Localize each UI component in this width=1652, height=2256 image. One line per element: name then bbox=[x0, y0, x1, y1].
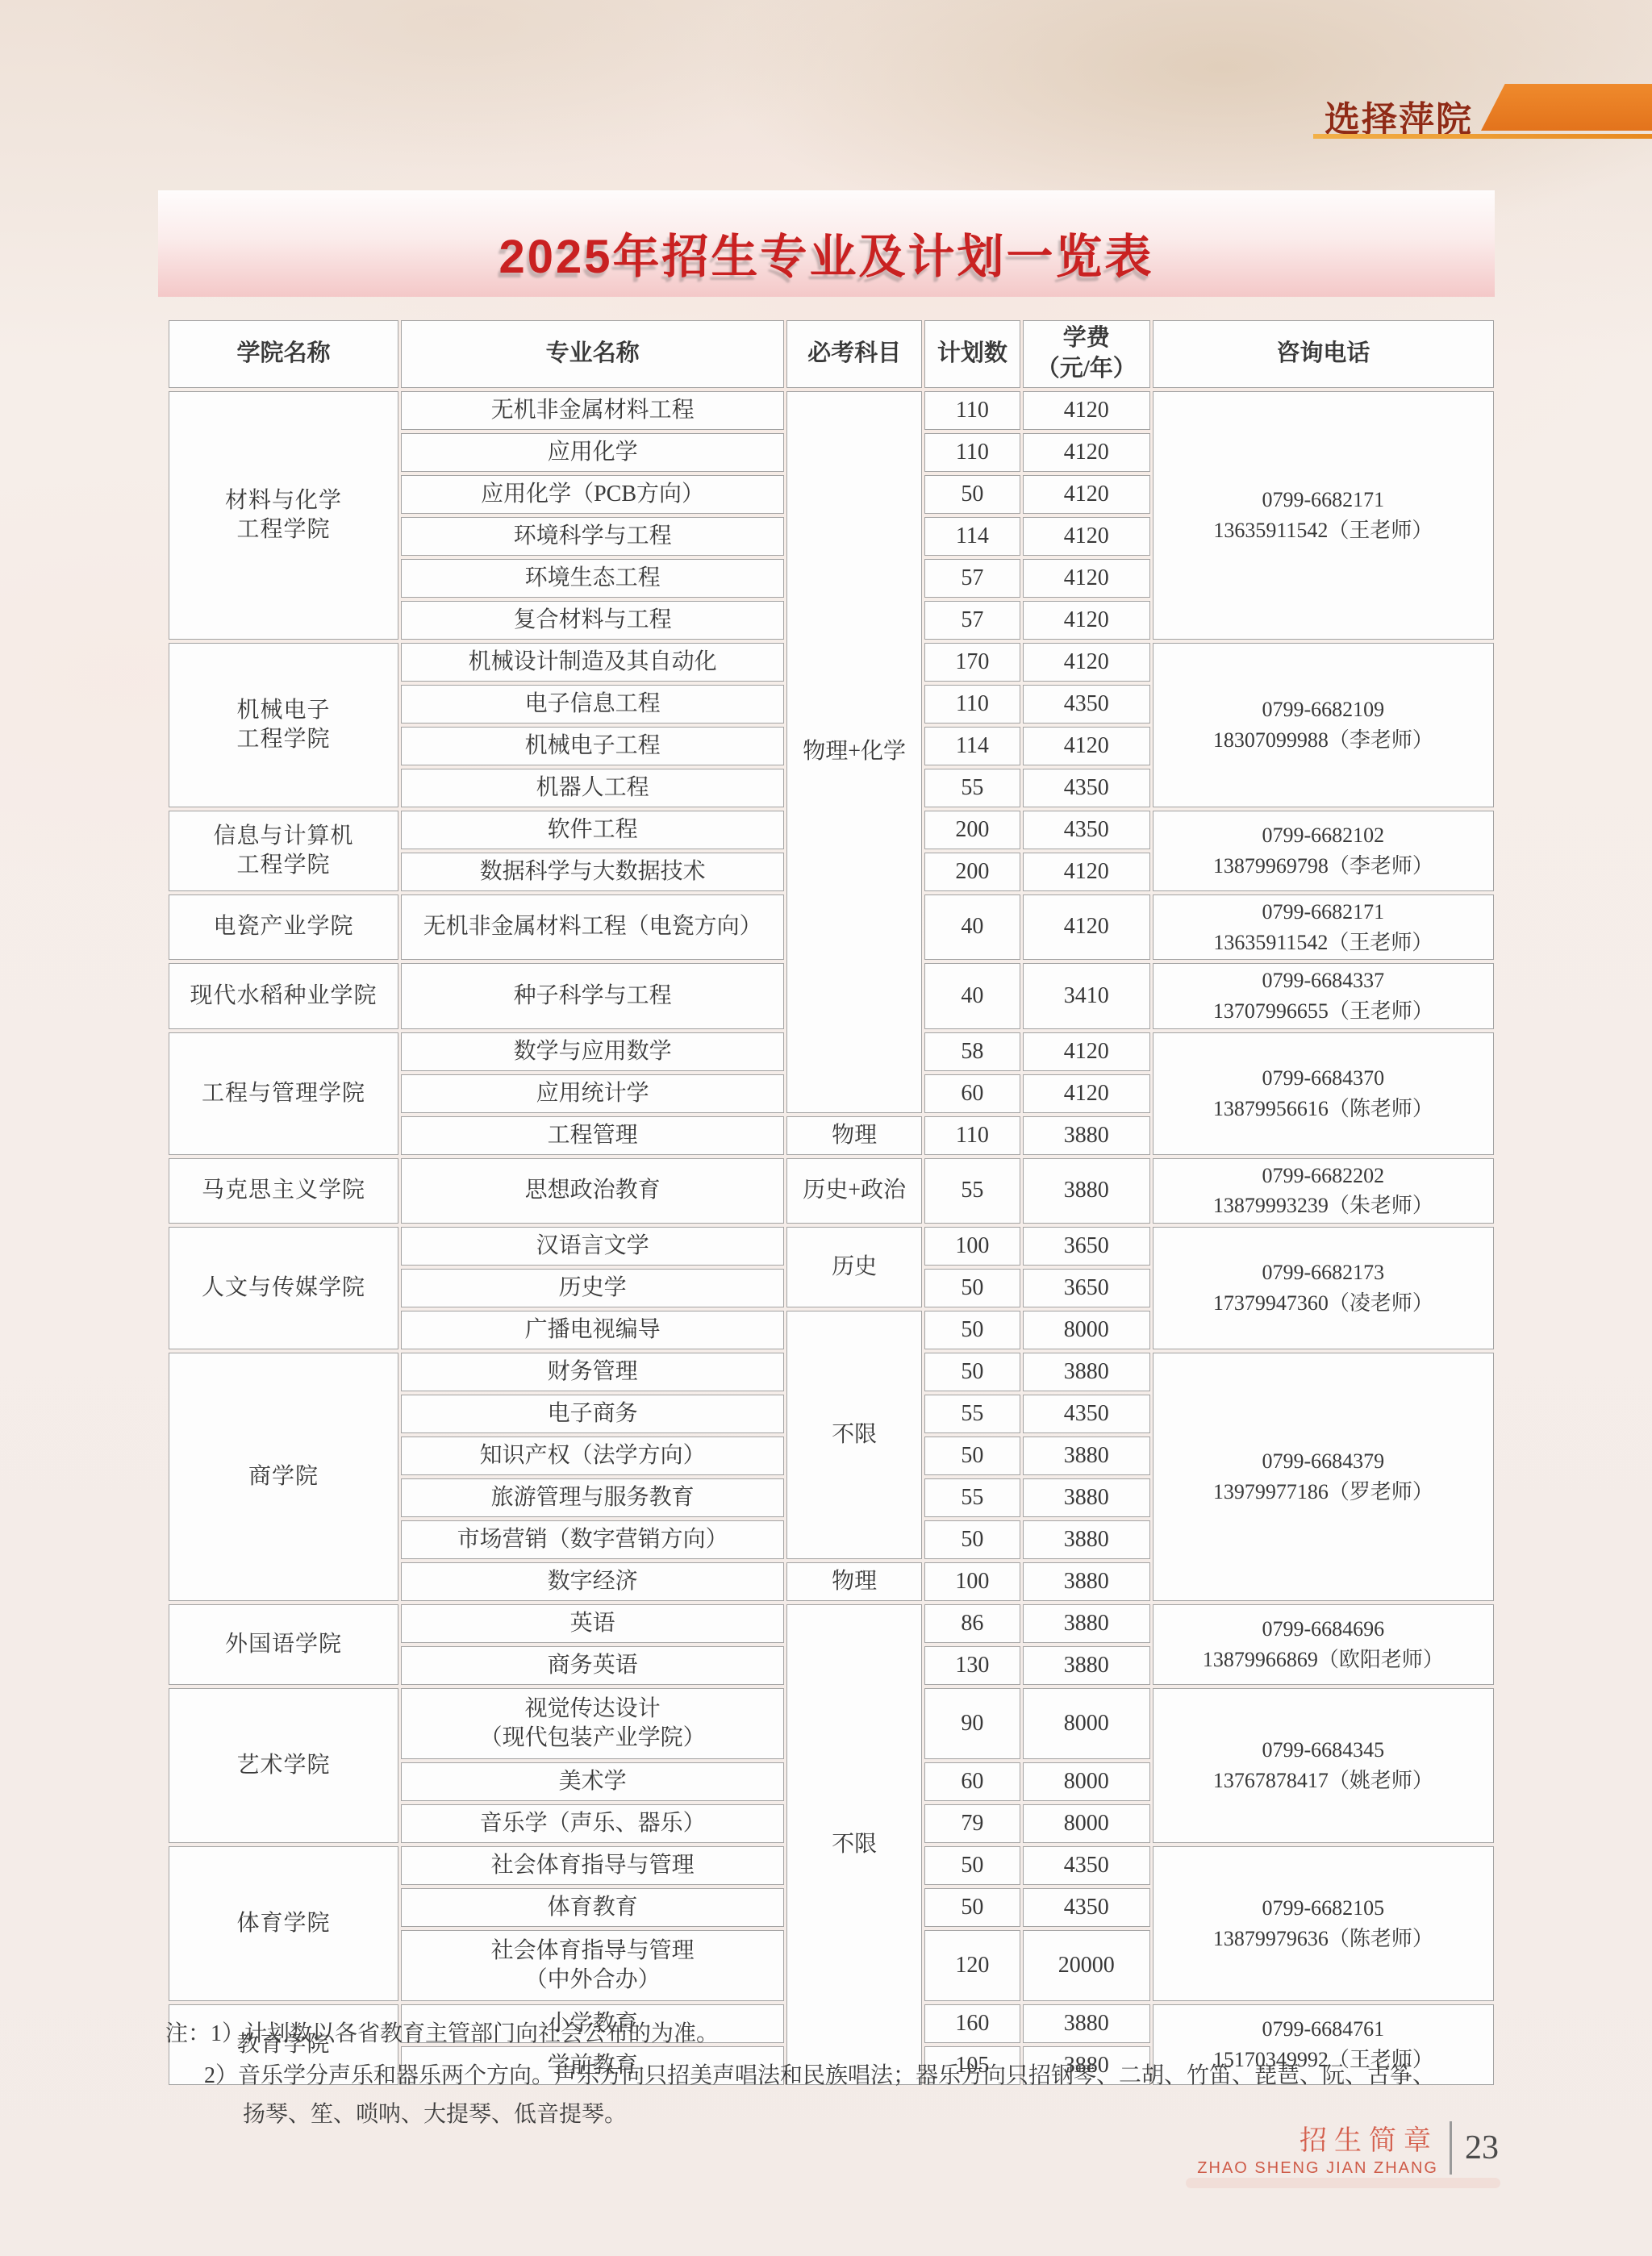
footer-brand: 招生简章 ZHAO SHENG JIAN ZHANG bbox=[1197, 2118, 1438, 2178]
phone-cell: 0799-6682171 13635911542（王老师） bbox=[1153, 894, 1494, 960]
plan-count-cell: 170 bbox=[924, 643, 1020, 682]
plan-count-cell: 55 bbox=[924, 769, 1020, 807]
plan-count-cell: 114 bbox=[924, 517, 1020, 556]
page-footer: 招生简章 ZHAO SHENG JIAN ZHANG 23 bbox=[1197, 2118, 1499, 2178]
fee-cell: 3880 bbox=[1023, 1437, 1150, 1475]
major-cell: 数据科学与大数据技术 bbox=[401, 853, 784, 891]
page-title: 2025年招生专业及计划一览表 bbox=[499, 201, 1153, 286]
fee-cell: 4120 bbox=[1023, 1032, 1150, 1071]
phone-cell: 0799-6684370 13879956616（陈老师） bbox=[1153, 1032, 1494, 1155]
fee-cell: 4120 bbox=[1023, 391, 1150, 430]
plan-table: 学院名称 专业名称 必考科目 计划数 学费 （元/年） 咨询电话 材料与化学 工… bbox=[166, 317, 1496, 2088]
major-cell: 美术学 bbox=[401, 1762, 784, 1801]
fee-cell: 4120 bbox=[1023, 853, 1150, 891]
major-cell: 数字经济 bbox=[401, 1562, 784, 1601]
major-cell: 旅游管理与服务教育 bbox=[401, 1478, 784, 1517]
fee-cell: 4120 bbox=[1023, 601, 1150, 640]
fee-cell: 4120 bbox=[1023, 1074, 1150, 1113]
phone-cell: 0799-6684337 13707996655（王老师） bbox=[1153, 963, 1494, 1028]
header-college: 学院名称 bbox=[169, 320, 398, 388]
subject-cell: 历史 bbox=[786, 1227, 922, 1307]
fee-cell: 8000 bbox=[1023, 1688, 1150, 1759]
college-cell: 马克思主义学院 bbox=[169, 1158, 398, 1224]
major-cell: 环境科学与工程 bbox=[401, 517, 784, 556]
major-cell: 思想政治教育 bbox=[401, 1158, 784, 1224]
fee-cell: 4120 bbox=[1023, 559, 1150, 598]
fee-cell: 8000 bbox=[1023, 1804, 1150, 1843]
major-cell: 体育教育 bbox=[401, 1888, 784, 1927]
plan-count-cell: 200 bbox=[924, 853, 1020, 891]
major-cell: 机械设计制造及其自动化 bbox=[401, 643, 784, 682]
major-cell: 软件工程 bbox=[401, 811, 784, 849]
plan-count-cell: 110 bbox=[924, 1116, 1020, 1155]
plan-count-cell: 100 bbox=[924, 1227, 1020, 1266]
plan-count-cell: 100 bbox=[924, 1562, 1020, 1601]
major-cell: 应用统计学 bbox=[401, 1074, 784, 1113]
fee-cell: 4350 bbox=[1023, 769, 1150, 807]
major-cell: 种子科学与工程 bbox=[401, 963, 784, 1028]
plan-count-cell: 130 bbox=[924, 1646, 1020, 1685]
major-cell: 环境生态工程 bbox=[401, 559, 784, 598]
title-banner: 2025年招生专业及计划一览表 bbox=[158, 190, 1495, 297]
plan-count-cell: 40 bbox=[924, 894, 1020, 960]
college-cell: 信息与计算机 工程学院 bbox=[169, 811, 398, 891]
fee-cell: 4120 bbox=[1023, 433, 1150, 472]
fee-cell: 8000 bbox=[1023, 1311, 1150, 1349]
subject-cell: 物理 bbox=[786, 1562, 922, 1601]
header-major: 专业名称 bbox=[401, 320, 784, 388]
plan-count-cell: 50 bbox=[924, 1888, 1020, 1927]
phone-cell: 0799-6682202 13879993239（朱老师） bbox=[1153, 1158, 1494, 1224]
fee-cell: 3650 bbox=[1023, 1269, 1150, 1307]
plan-count-cell: 110 bbox=[924, 433, 1020, 472]
fee-cell: 4120 bbox=[1023, 894, 1150, 960]
major-cell: 商务英语 bbox=[401, 1646, 784, 1685]
college-cell: 现代水稻种业学院 bbox=[169, 963, 398, 1028]
table-row: 马克思主义学院思想政治教育历史+政治5538800799-6682202 138… bbox=[169, 1158, 1494, 1224]
fee-cell: 4350 bbox=[1023, 1395, 1150, 1433]
major-cell: 财务管理 bbox=[401, 1353, 784, 1391]
enrollment-plan-table: 学院名称 专业名称 必考科目 计划数 学费 （元/年） 咨询电话 材料与化学 工… bbox=[166, 317, 1496, 2088]
table-row: 外国语学院英语不限8638800799-6684696 13879966869（… bbox=[169, 1604, 1494, 1643]
college-cell: 体育学院 bbox=[169, 1846, 398, 2001]
subject-cell: 不限 bbox=[786, 1604, 922, 2085]
fee-cell: 4120 bbox=[1023, 475, 1150, 514]
major-cell: 工程管理 bbox=[401, 1116, 784, 1155]
major-cell: 音乐学（声乐、器乐） bbox=[401, 1804, 784, 1843]
fee-cell: 3880 bbox=[1023, 1353, 1150, 1391]
fee-cell: 3650 bbox=[1023, 1227, 1150, 1266]
plan-count-cell: 120 bbox=[924, 1930, 1020, 2001]
fee-cell: 3880 bbox=[1023, 1158, 1150, 1224]
table-row: 人文与传媒学院汉语言文学历史10036500799-6682173 173799… bbox=[169, 1227, 1494, 1266]
header-subjects: 必考科目 bbox=[786, 320, 922, 388]
plan-count-cell: 60 bbox=[924, 1074, 1020, 1113]
plan-count-cell: 50 bbox=[924, 1353, 1020, 1391]
table-header-row: 学院名称 专业名称 必考科目 计划数 学费 （元/年） 咨询电话 bbox=[169, 320, 1494, 388]
major-cell: 机械电子工程 bbox=[401, 727, 784, 765]
fee-cell: 3880 bbox=[1023, 1562, 1150, 1601]
header-phone: 咨询电话 bbox=[1153, 320, 1494, 388]
fee-cell: 4350 bbox=[1023, 1846, 1150, 1885]
plan-count-cell: 50 bbox=[924, 1311, 1020, 1349]
plan-count-cell: 40 bbox=[924, 963, 1020, 1028]
major-cell: 复合材料与工程 bbox=[401, 601, 784, 640]
plan-count-cell: 114 bbox=[924, 727, 1020, 765]
plan-count-cell: 50 bbox=[924, 475, 1020, 514]
corner-underline bbox=[1313, 134, 1652, 139]
fee-cell: 4350 bbox=[1023, 1888, 1150, 1927]
plan-count-cell: 86 bbox=[924, 1604, 1020, 1643]
fee-cell: 4120 bbox=[1023, 643, 1150, 682]
fee-cell: 3880 bbox=[1023, 1604, 1150, 1643]
fee-cell: 3410 bbox=[1023, 963, 1150, 1028]
header-plan-count: 计划数 bbox=[924, 320, 1020, 388]
fee-cell: 3880 bbox=[1023, 1116, 1150, 1155]
phone-cell: 0799-6682171 13635911542（王老师） bbox=[1153, 391, 1494, 640]
page-number: 23 bbox=[1465, 2129, 1499, 2167]
major-cell: 广播电视编导 bbox=[401, 1311, 784, 1349]
fee-cell: 3880 bbox=[1023, 1478, 1150, 1517]
phone-cell: 0799-6684696 13879966869（欧阳老师） bbox=[1153, 1604, 1494, 1685]
phone-cell: 0799-6682109 18307099988（李老师） bbox=[1153, 643, 1494, 807]
college-cell: 商学院 bbox=[169, 1353, 398, 1601]
college-cell: 电瓷产业学院 bbox=[169, 894, 398, 960]
major-cell: 知识产权（法学方向） bbox=[401, 1437, 784, 1475]
major-cell: 历史学 bbox=[401, 1269, 784, 1307]
fee-cell: 3880 bbox=[1023, 1520, 1150, 1559]
plan-count-cell: 200 bbox=[924, 811, 1020, 849]
major-cell: 应用化学（PCB方向） bbox=[401, 475, 784, 514]
fee-cell: 20000 bbox=[1023, 1930, 1150, 2001]
phone-cell: 0799-6682105 13879979636（陈老师） bbox=[1153, 1846, 1494, 2001]
fee-cell: 8000 bbox=[1023, 1762, 1150, 1801]
footer-brand-pinyin: ZHAO SHENG JIAN ZHANG bbox=[1197, 2159, 1438, 2178]
corner-banner-shape bbox=[1481, 84, 1652, 131]
college-cell: 材料与化学 工程学院 bbox=[169, 391, 398, 640]
plan-count-cell: 79 bbox=[924, 1804, 1020, 1843]
plan-count-cell: 57 bbox=[924, 601, 1020, 640]
note-line-1: 注：1）计划数以各省教育主管部门向社会公布的为准。 bbox=[165, 2015, 1537, 2054]
table-row: 材料与化学 工程学院无机非金属材料工程物理+化学11041200799-6682… bbox=[169, 391, 1494, 430]
notes: 注：1）计划数以各省教育主管部门向社会公布的为准。 2）音乐学分声乐和器乐两个方… bbox=[165, 2015, 1537, 2134]
plan-count-cell: 60 bbox=[924, 1762, 1020, 1801]
major-cell: 无机非金属材料工程 bbox=[401, 391, 784, 430]
major-cell: 无机非金属材料工程（电瓷方向） bbox=[401, 894, 784, 960]
plan-count-cell: 50 bbox=[924, 1520, 1020, 1559]
header-tuition: 学费 （元/年） bbox=[1023, 320, 1150, 388]
major-cell: 市场营销（数字营销方向） bbox=[401, 1520, 784, 1559]
plan-count-cell: 58 bbox=[924, 1032, 1020, 1071]
college-cell: 艺术学院 bbox=[169, 1688, 398, 1843]
phone-cell: 0799-6682102 13879969798（李老师） bbox=[1153, 811, 1494, 891]
fee-cell: 4350 bbox=[1023, 811, 1150, 849]
major-cell: 电子信息工程 bbox=[401, 685, 784, 724]
phone-cell: 0799-6684379 13979977186（罗老师） bbox=[1153, 1353, 1494, 1601]
college-cell: 外国语学院 bbox=[169, 1604, 398, 1685]
plan-table-body: 材料与化学 工程学院无机非金属材料工程物理+化学11041200799-6682… bbox=[169, 391, 1494, 2085]
plan-count-cell: 50 bbox=[924, 1269, 1020, 1307]
subject-cell: 历史+政治 bbox=[786, 1158, 922, 1224]
plan-count-cell: 55 bbox=[924, 1478, 1020, 1517]
plan-count-cell: 110 bbox=[924, 685, 1020, 724]
major-cell: 应用化学 bbox=[401, 433, 784, 472]
plan-count-cell: 50 bbox=[924, 1846, 1020, 1885]
fee-cell: 4120 bbox=[1023, 517, 1150, 556]
fee-cell: 3880 bbox=[1023, 1646, 1150, 1685]
major-cell: 社会体育指导与管理 bbox=[401, 1846, 784, 1885]
college-cell: 机械电子 工程学院 bbox=[169, 643, 398, 807]
subject-cell: 物理+化学 bbox=[786, 391, 922, 1113]
major-cell: 汉语言文学 bbox=[401, 1227, 784, 1266]
major-cell: 数学与应用数学 bbox=[401, 1032, 784, 1071]
plan-count-cell: 110 bbox=[924, 391, 1020, 430]
subject-cell: 不限 bbox=[786, 1311, 922, 1559]
plan-count-cell: 50 bbox=[924, 1437, 1020, 1475]
phone-cell: 0799-6684345 13767878417（姚老师） bbox=[1153, 1688, 1494, 1843]
major-cell: 视觉传达设计 （现代包装产业学院） bbox=[401, 1688, 784, 1759]
footer-divider bbox=[1450, 2121, 1452, 2175]
college-cell: 人文与传媒学院 bbox=[169, 1227, 398, 1349]
college-cell: 工程与管理学院 bbox=[169, 1032, 398, 1155]
major-cell: 电子商务 bbox=[401, 1395, 784, 1433]
plan-count-cell: 57 bbox=[924, 559, 1020, 598]
major-cell: 英语 bbox=[401, 1604, 784, 1643]
major-cell: 机器人工程 bbox=[401, 769, 784, 807]
fee-cell: 4120 bbox=[1023, 727, 1150, 765]
footer-decoration bbox=[1186, 2178, 1500, 2188]
fee-cell: 4350 bbox=[1023, 685, 1150, 724]
phone-cell: 0799-6682173 17379947360（凌老师） bbox=[1153, 1227, 1494, 1349]
plan-count-cell: 55 bbox=[924, 1158, 1020, 1224]
plan-count-cell: 90 bbox=[924, 1688, 1020, 1759]
footer-brand-cn: 招生简章 bbox=[1197, 2118, 1438, 2158]
subject-cell: 物理 bbox=[786, 1116, 922, 1155]
plan-count-cell: 55 bbox=[924, 1395, 1020, 1433]
major-cell: 社会体育指导与管理 （中外合办） bbox=[401, 1930, 784, 2001]
